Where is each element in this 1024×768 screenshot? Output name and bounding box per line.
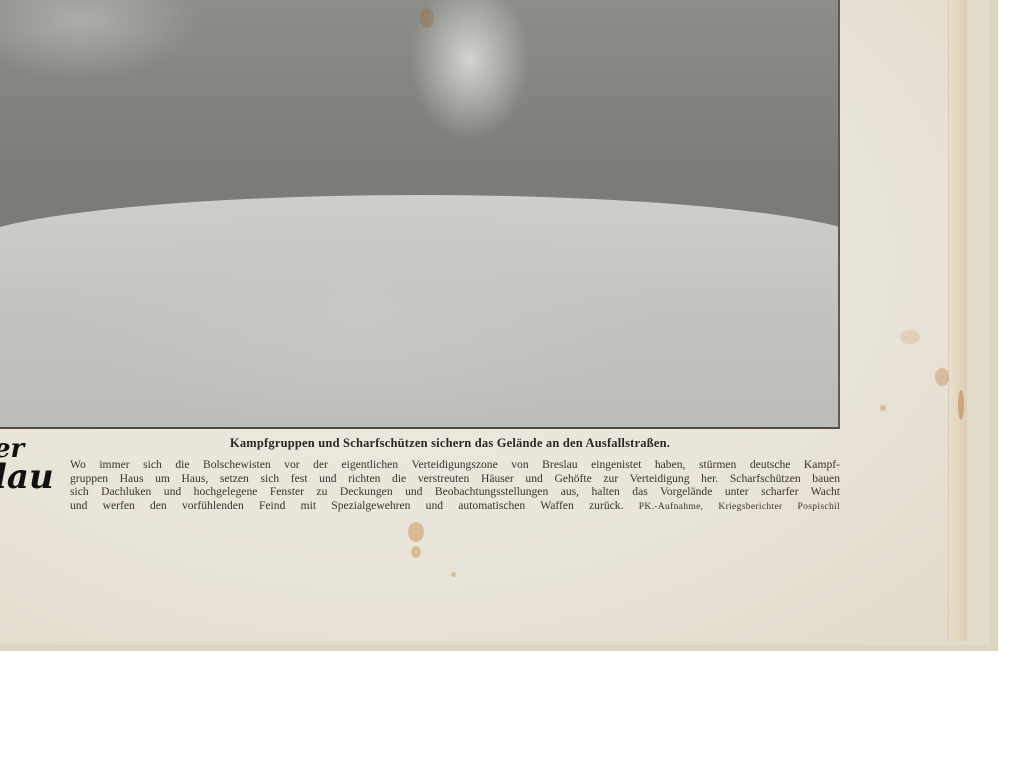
photo-stain [420, 8, 434, 28]
caption-line: Wo immer sich die Bolschewisten vor der … [70, 458, 840, 472]
stain-spot [880, 405, 886, 411]
stain-spot [451, 572, 456, 577]
masthead-line-2: lau [0, 460, 54, 494]
photo-ground [0, 195, 840, 429]
caption-title: Kampfgruppen und Scharfschützen sichern … [0, 436, 900, 451]
newspaper-page: er lau Kampfgruppen und Scharfschützen s… [0, 0, 967, 641]
stain-spot [411, 546, 421, 558]
page-edge [948, 0, 967, 641]
stain-spot [958, 390, 964, 420]
stain-spot [408, 522, 424, 542]
stain-spot [935, 368, 949, 386]
caption-line-text: und werfen den vorfühlenden Feind mit Sp… [70, 499, 623, 512]
caption-line: gruppen Haus um Haus, setzen sich fest u… [70, 472, 840, 486]
stain-spot [900, 330, 920, 344]
caption-body: Wo immer sich die Bolschewisten vor der … [70, 458, 840, 513]
photo-credit: PK.-Aufnahme, Kriegsberichter Pospischil [639, 501, 840, 512]
caption-line: sich Dachluken und hochgelegene Fenster … [70, 485, 840, 499]
caption-last-line: und werfen den vorfühlenden Feind mit Sp… [70, 499, 840, 514]
photograph [0, 0, 840, 429]
